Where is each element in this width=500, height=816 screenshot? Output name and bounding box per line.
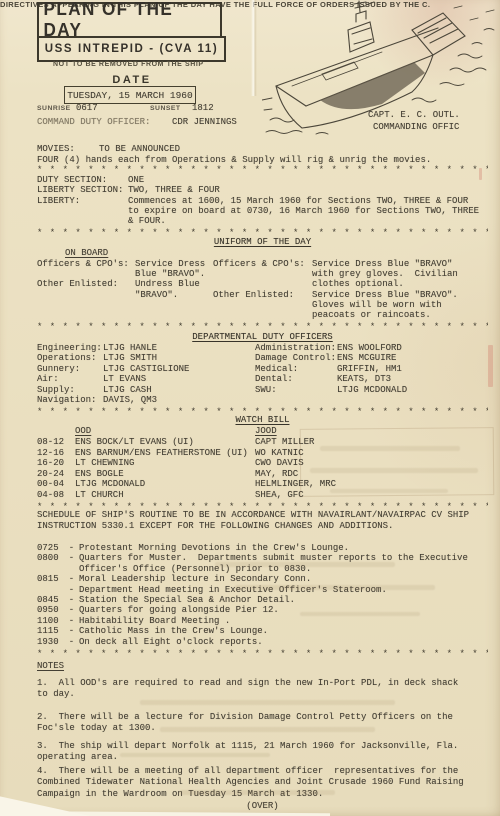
- dept-label: Engineering:: [37, 343, 103, 353]
- watch-bill-title: WATCH BILL: [37, 415, 488, 425]
- uniform-col-values-onboard: Service Dress Blue "BRAVO". Undress Blue…: [135, 259, 213, 320]
- schedule-events: 0725-Protestant Morning Devotions in the…: [37, 543, 488, 647]
- watch-ood: ENS BOCK/LT EVANS (UI): [75, 437, 255, 448]
- watch-ood: ENS BOGLE: [75, 469, 255, 480]
- bleed-through-smudge: [215, 562, 395, 567]
- separator: * * * * * * * * * * * * * * * * * * * * …: [37, 322, 488, 332]
- pink-edge-mark: [479, 168, 482, 180]
- bleed-through-smudge: [120, 753, 270, 757]
- watch-ood: LTJG MCDONALD: [75, 479, 255, 490]
- sunset-label: SUNSET: [150, 105, 181, 112]
- watch-time: 00-04: [37, 479, 75, 490]
- bleed-through-smudge: [180, 790, 335, 795]
- ship-name-box: USS INTREPID - (CVA 11): [37, 36, 226, 62]
- event-time: 0725: [37, 543, 64, 553]
- over-footer: (OVER): [37, 801, 488, 811]
- dept-value: DAVIS, QM3: [103, 395, 157, 405]
- event-dash: -: [64, 553, 79, 574]
- event-text: Quarters for going alongside Pier 12.: [79, 605, 488, 615]
- schedule-intro: SCHEDULE OF SHIP'S ROUTINE TO BE IN ACCO…: [37, 510, 488, 531]
- date-label: DATE: [37, 74, 227, 86]
- dept-value: LTJG SMITH: [103, 353, 157, 363]
- dept-row: Navigation:DAVIS, QM3: [37, 395, 253, 405]
- event-dash: -: [64, 626, 79, 636]
- liberty-section-row: LIBERTY SECTION: TWO, THREE & FOUR: [37, 185, 488, 195]
- dept-value: KEATS, DT3: [337, 374, 391, 384]
- watch-time: 04-08: [37, 490, 75, 501]
- dept-label: Dental:: [255, 374, 337, 384]
- event-dash: -: [64, 543, 79, 553]
- dept-label: Gunnery:: [37, 364, 103, 374]
- date-box: TUESDAY, 15 MARCH 1960: [64, 86, 196, 104]
- movies-note: FOUR (4) hands each from Operations & Su…: [37, 155, 488, 166]
- movies-row: MOVIES: TO BE ANNOUNCED: [37, 144, 488, 155]
- on-board-header: ON BOARD: [65, 248, 108, 258]
- liberty-section-label: LIBERTY SECTION:: [37, 185, 128, 195]
- jood-header: JOOD: [255, 426, 277, 436]
- event-dash: -: [64, 605, 79, 615]
- bleed-through-smudge: [160, 727, 375, 732]
- movies-label: MOVIES:: [37, 144, 99, 155]
- aircraft-carrier-illustration: [262, 0, 500, 138]
- liberty-row: LIBERTY: Commences at 1600, 15 March 196…: [37, 196, 488, 227]
- paper-crease: [251, 0, 257, 96]
- plan-of-the-day-page: PLAN OF THE DAY USS INTREPID - (CVA 11) …: [0, 0, 500, 816]
- duty-section-row: DUTY SECTION: ONE: [37, 175, 488, 185]
- duty-section-value: ONE: [128, 175, 144, 185]
- bleed-through-box: [300, 427, 495, 497]
- watch-ood: ENS BARNUM/ENS FEATHERSTONE (UI): [75, 448, 255, 459]
- event-time: 1930: [37, 637, 64, 647]
- cdo-label: COMMAND DUTY OFFICER:: [37, 117, 150, 127]
- dept-value: LTJG MCDONALD: [337, 385, 407, 395]
- schedule-event: 0815-Moral Leadership lecture in Seconda…: [37, 574, 488, 584]
- dept-row: Engineering:LTJG HANLE: [37, 343, 253, 353]
- dept-row: Gunnery:LTJG CASTIGLIONE: [37, 364, 253, 374]
- dept-value: LTJG CASH: [103, 385, 152, 395]
- event-dash: -: [64, 595, 79, 605]
- event-text: Habitability Board Meeting .: [79, 616, 488, 626]
- dept-row: Medical:GRIFFIN, HM1: [255, 364, 488, 374]
- uniform-col-values-liberty: Service Dress Blue "BRAVO" with grey glo…: [312, 259, 488, 320]
- schedule-event: 0950-Quarters for going alongside Pier 1…: [37, 605, 488, 615]
- notes-title: NOTES: [37, 661, 64, 671]
- dept-row: Damage Control:ENS MCGUIRE: [255, 353, 488, 363]
- uniform-col-labels-liberty: Officers & CPO's: Other Enlisted:: [213, 259, 312, 320]
- date-value: TUESDAY, 15 MARCH 1960: [67, 90, 192, 101]
- watch-ood: LT CHEWNING: [75, 458, 255, 469]
- dept-label: Navigation:: [37, 395, 103, 405]
- event-time: 0800: [37, 553, 64, 574]
- cdo-value: CDR JENNINGS: [172, 117, 237, 127]
- dept-row: Air:LT EVANS: [37, 374, 253, 384]
- dept-label: Damage Control:: [255, 353, 337, 363]
- event-text: Moral Leadership lecture in Secondary Co…: [79, 574, 488, 584]
- ood-header: OOD: [75, 426, 91, 436]
- schedule-event: 0845-Station the Special Sea & Anchor De…: [37, 595, 488, 605]
- sunrise-label: SUNRISE: [37, 105, 71, 112]
- schedule-event: 1930-On deck all Eight o'clock reports.: [37, 637, 488, 647]
- event-text: Protestant Morning Devotions in the Crew…: [79, 543, 488, 553]
- dept-label: SWU:: [255, 385, 337, 395]
- event-dash: -: [64, 585, 79, 595]
- watch-time: 08-12: [37, 437, 75, 448]
- watch-time: 20-24: [37, 469, 75, 480]
- uniform-table: Officers & CPO's: Other Enlisted: Servic…: [37, 259, 488, 320]
- dept-value: ENS MCGUIRE: [337, 353, 396, 363]
- event-dash: -: [64, 616, 79, 626]
- event-time: 0845: [37, 595, 64, 605]
- event-text: On deck all Eight o'clock reports.: [79, 637, 488, 647]
- page-title: PLAN OF THE DAY: [44, 0, 216, 41]
- event-time: 1100: [37, 616, 64, 626]
- dept-value: ENS WOOLFORD: [337, 343, 402, 353]
- event-time: [37, 585, 64, 595]
- liberty-section-value: TWO, THREE & FOUR: [128, 185, 220, 195]
- event-text: Station the Special Sea & Anchor Detail.: [79, 595, 488, 605]
- liberty-label: LIBERTY:: [37, 196, 128, 227]
- schedule-event: 0725-Protestant Morning Devotions in the…: [37, 543, 488, 553]
- uniform-title: UNIFORM OF THE DAY: [37, 237, 488, 247]
- dept-title: DEPARTMENTAL DUTY OFFICERS: [37, 332, 488, 342]
- separator: * * * * * * * * * * * * * * * * * * * * …: [37, 649, 488, 659]
- bleed-through-smudge: [330, 489, 448, 493]
- event-text: Catholic Mass in the Crew's Lounge.: [79, 626, 488, 636]
- bleed-through-smudge: [140, 700, 395, 705]
- pink-edge-mark: [488, 345, 493, 387]
- dept-label: Medical:: [255, 364, 337, 374]
- dept-row: Operations:LTJG SMITH: [37, 353, 253, 363]
- sunrise-value: 0617: [76, 103, 98, 113]
- watch-ood: LT CHURCH: [75, 490, 255, 501]
- event-dash: -: [64, 637, 79, 647]
- bleed-through-smudge: [235, 585, 435, 590]
- liberty-value: Commences at 1600, 15 March 1960 for Sec…: [128, 196, 479, 227]
- dept-label: Air:: [37, 374, 103, 384]
- dept-value: LTJG CASTIGLIONE: [103, 364, 189, 374]
- note-item: 4. There will be a meeting of all depart…: [37, 766, 488, 800]
- dept-label: Operations:: [37, 353, 103, 363]
- dept-row: Supply:LTJG CASH: [37, 385, 253, 395]
- separator: * * * * * * * * * * * * * * * * * * * * …: [37, 165, 488, 175]
- event-time: 1115: [37, 626, 64, 636]
- dept-row: SWU:LTJG MCDONALD: [255, 385, 488, 395]
- schedule-event: 1100-Habitability Board Meeting .: [37, 616, 488, 626]
- dept-value: GRIFFIN, HM1: [337, 364, 402, 374]
- dept-label: Administration:: [255, 343, 337, 353]
- dept-row: Dental:KEATS, DT3: [255, 374, 488, 384]
- event-time: 0815: [37, 574, 64, 584]
- bleed-through-smudge: [310, 468, 478, 473]
- dept-value: LT EVANS: [103, 374, 146, 384]
- ship-name: USS INTREPID - (CVA 11): [45, 43, 219, 55]
- title-box: PLAN OF THE DAY: [37, 2, 222, 38]
- bleed-through-smudge: [300, 612, 420, 616]
- sunset-value: 1812: [192, 103, 214, 113]
- watch-time: 12-16: [37, 448, 75, 459]
- notice-line: NOT TO BE REMOVED FROM THE SHIP: [53, 61, 204, 68]
- schedule-event: 1115-Catholic Mass in the Crew's Lounge.: [37, 626, 488, 636]
- dept-row: Administration:ENS WOOLFORD: [255, 343, 488, 353]
- note-item: 1. All OOD's are required to read and si…: [37, 678, 488, 701]
- event-dash: -: [64, 574, 79, 584]
- event-time: 0950: [37, 605, 64, 615]
- duty-section-label: DUTY SECTION:: [37, 175, 128, 185]
- bleed-through-smudge: [320, 446, 460, 451]
- watch-time: 16-20: [37, 458, 75, 469]
- uniform-col-labels-onboard: Officers & CPO's: Other Enlisted:: [37, 259, 135, 320]
- dept-label: Supply:: [37, 385, 103, 395]
- movies-value: TO BE ANNOUNCED: [99, 144, 180, 155]
- dept-value: LTJG HANLE: [103, 343, 157, 353]
